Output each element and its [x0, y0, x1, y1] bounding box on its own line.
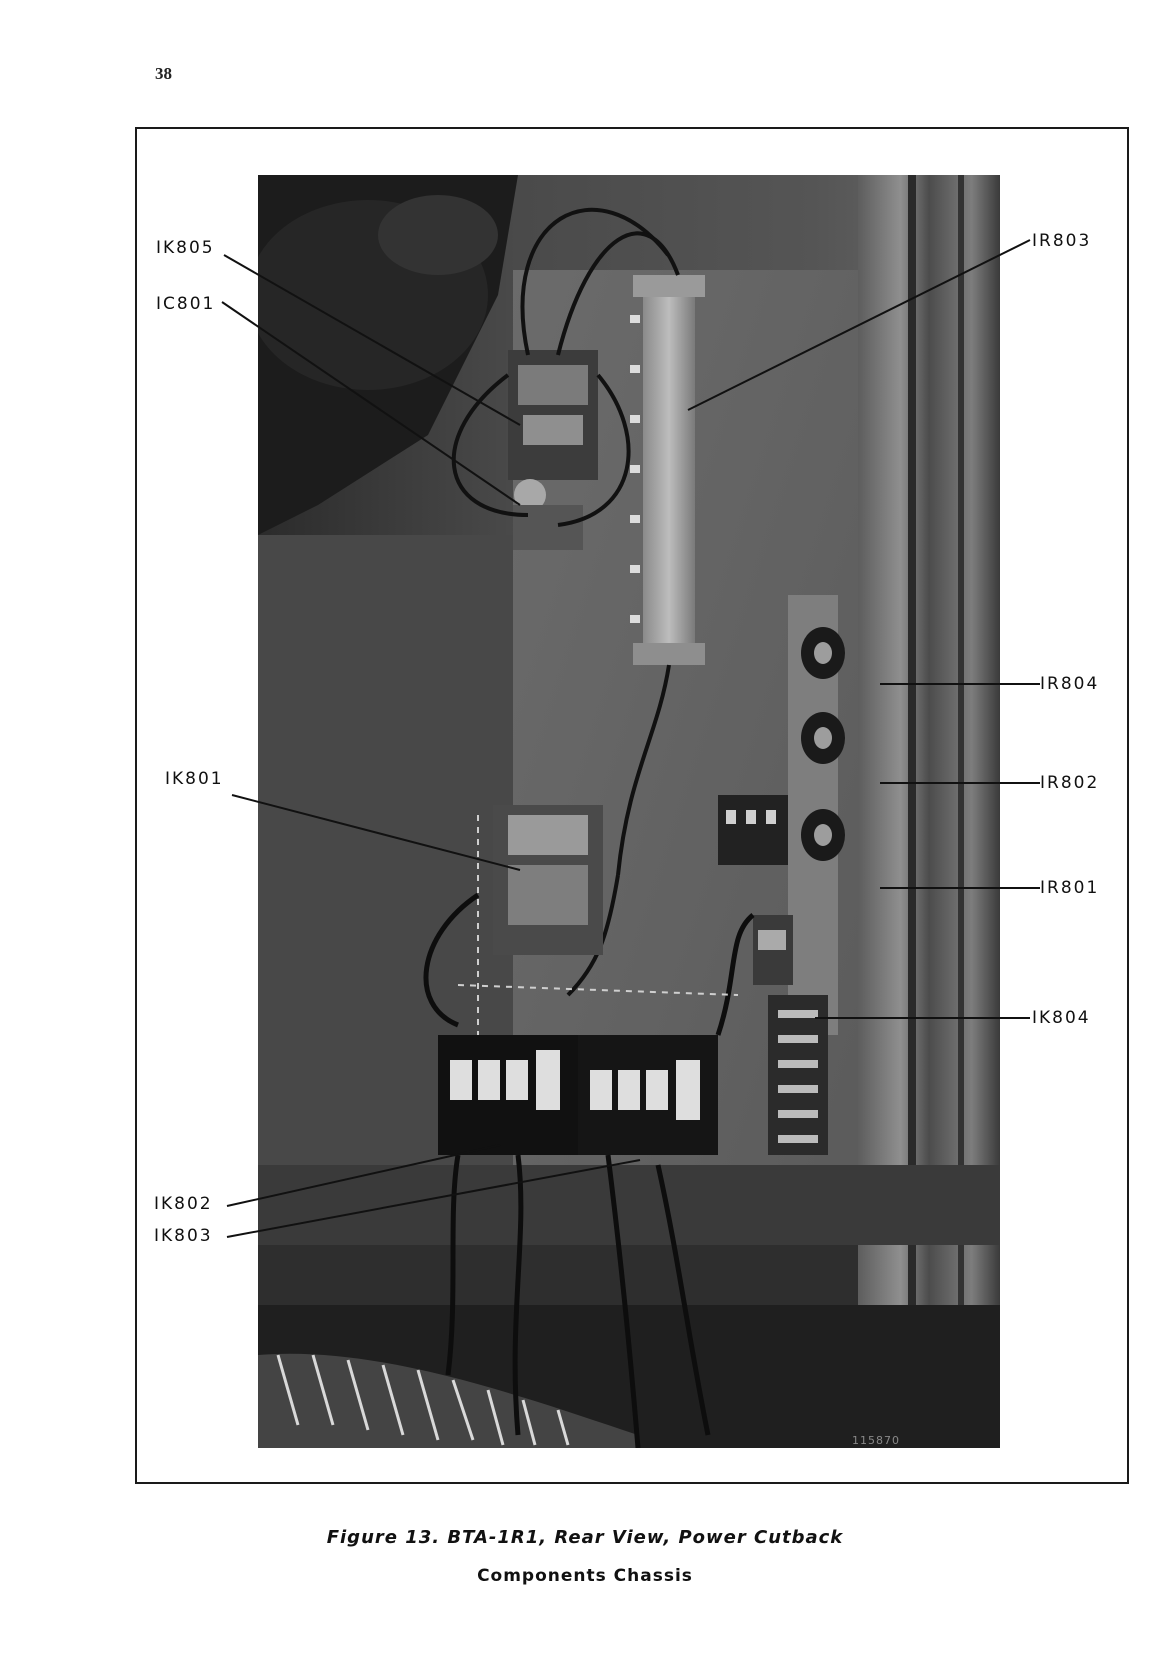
figure-photo — [258, 175, 1000, 1448]
callout-ik804: IK804 — [1032, 1010, 1091, 1027]
callout-ir803: IR803 — [1032, 233, 1091, 250]
callout-ir801: IR801 — [1040, 880, 1099, 897]
photo-negative-number: 115870 — [852, 1434, 900, 1447]
callout-ik801: IK801 — [165, 771, 224, 788]
page-number: 38 — [155, 64, 172, 84]
callout-ir802: IR802 — [1040, 775, 1099, 792]
figure-caption-line2: Components Chassis — [0, 1566, 1170, 1586]
callout-ik803: IK803 — [154, 1228, 213, 1245]
callout-ic801: IC801 — [156, 296, 215, 313]
figure-caption-line1: Figure 13. BTA-1R1, Rear View, Power Cut… — [0, 1527, 1170, 1548]
callout-ik802: IK802 — [154, 1196, 213, 1213]
callout-ik805: IK805 — [156, 240, 215, 257]
callout-ir804: IR804 — [1040, 676, 1099, 693]
